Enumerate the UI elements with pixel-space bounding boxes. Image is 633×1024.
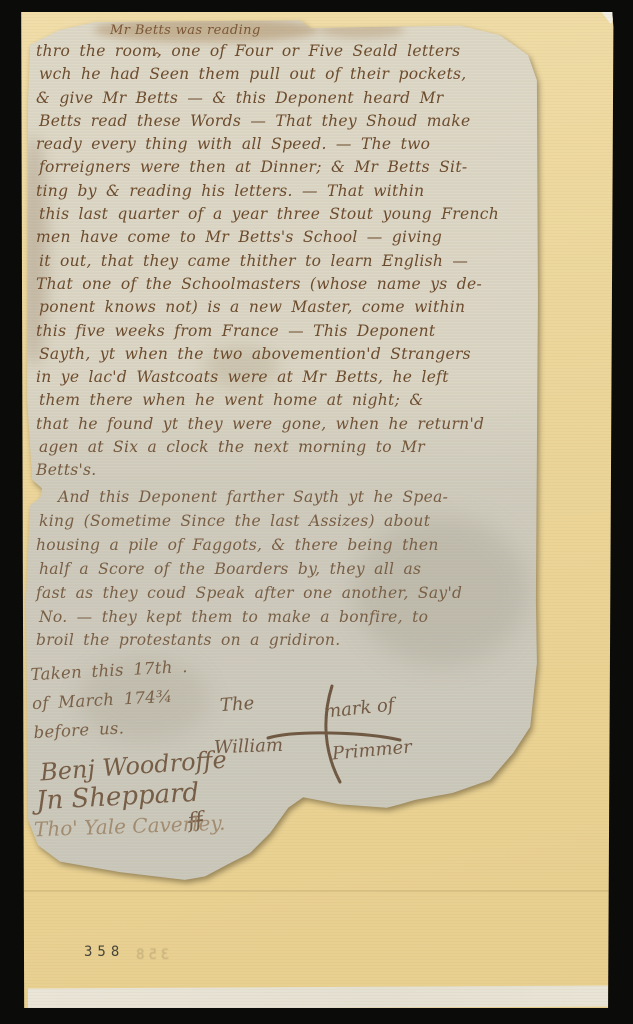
manuscript-line: it out, that they came thither to learn … [39, 250, 534, 273]
manuscript-line: ponent knows not) is a new Master, come … [39, 296, 534, 319]
paper-bottom-edge [28, 985, 608, 1009]
page-number-ghost: 358 [132, 947, 169, 963]
page-number-stamp: 358 [84, 944, 124, 960]
manuscript-line: this last quarter of a year three Stout … [39, 203, 534, 226]
manuscript-line: wch he had Seen them pull out of their p… [39, 63, 534, 86]
manuscript-line: fast as they coud Speak after one anothe… [36, 582, 534, 606]
signature-caverley: Tho' Yale Caverley. [34, 811, 226, 842]
manuscript-line: king (Sometime Since the last Assizes) a… [39, 510, 534, 534]
paper-corner-notch [600, 10, 618, 24]
manuscript-line: ting by & reading his letters. — That wi… [36, 180, 534, 203]
manuscript-line: that he found yt they were gone, when he… [36, 413, 534, 436]
deposition-body-block-2: And this Deponent farther Sayth yt he Sp… [36, 486, 534, 653]
manuscript-line: this five weeks from France — This Depon… [36, 320, 534, 343]
interline-insertion: Mr Betts was reading [110, 23, 261, 38]
manuscript-line: in ye lac'd Wastcoats were at Mr Betts, … [36, 366, 534, 389]
manuscript-line: Betts read these Words — That they Shoud… [39, 110, 534, 133]
backing-paper-sheet: Mr Betts was reading ^ thro the room, on… [20, 12, 614, 1008]
manuscript-line: broil the protestants on a gridiron. [36, 629, 534, 653]
manuscript-line: & give Mr Betts — & this Deponent heard … [36, 87, 534, 110]
manuscript-line: ready every thing with all Speed. — The … [36, 133, 534, 156]
attestation-block: Taken this 17th . of March 174¾ before u… [30, 652, 192, 747]
manuscript-line: thro the room, one of Four or Five Seald… [36, 40, 534, 63]
manuscript-line: Sayth, yt when the two abovemention'd St… [39, 343, 534, 366]
manuscript-line: forreigners were then at Dinner; & Mr Be… [39, 156, 534, 179]
manuscript-line: agen at Six a clock the next morning to … [39, 436, 534, 459]
manuscript-line: No. — they kept them to make a bonfire, … [39, 606, 534, 630]
paper-crease [20, 890, 614, 892]
manuscript-line: men have come to Mr Betts's School — giv… [36, 226, 534, 249]
deposition-fragment: Mr Betts was reading ^ thro the room, on… [24, 16, 540, 886]
manuscript-line: And this Deponent farther Sayth yt he Sp… [36, 486, 534, 510]
manuscript-line: half a Score of the Boarders by, they al… [39, 558, 534, 582]
manuscript-line: Betts's. [36, 459, 534, 482]
primmer-cross-mark [250, 680, 420, 790]
deposition-fragment-wrap: Mr Betts was reading ^ thro the room, on… [24, 16, 540, 886]
scanned-document-page: Mr Betts was reading ^ thro the room, on… [0, 0, 633, 1024]
manuscript-line: housing a pile of Faggots, & there being… [36, 534, 534, 558]
deposition-body-block-1: thro the room, one of Four or Five Seald… [36, 40, 534, 483]
manuscript-line: That one of the Schoolmasters (whose nam… [36, 273, 534, 296]
manuscript-line: them there when he went home at night; & [39, 389, 534, 412]
stain [319, 22, 404, 38]
